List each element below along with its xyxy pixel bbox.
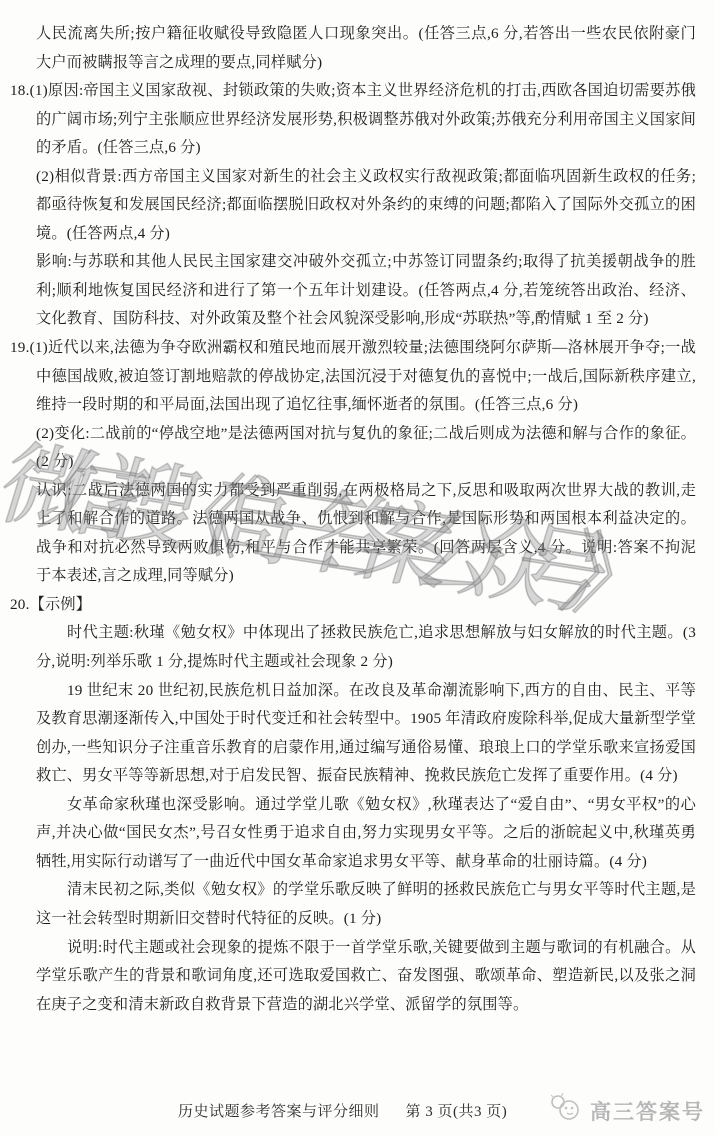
brand-name: 高三答案号 (590, 1096, 705, 1126)
answer-paragraph-q18-impact: 影响:与苏联和其他人民民主国家建交冲破外交孤立;中苏签订同盟条约;取得了抗美援朝… (36, 248, 696, 334)
page-footer: 历史试题参考答案与评分细则第 3 页(共3 页) 高三答案号 (0, 1092, 715, 1132)
answer-paragraph-q18-1: 18.(1)原因:帝国主义国家敌视、封锁政策的失败;资本主义世界经济危机的打击,… (36, 77, 696, 163)
answer-paragraph-q20-body-2: 女革命家秋瑾也深受影响。通过学堂儿歌《勉女权》,秋瑾表达了“爱自由”、“男女平权… (36, 791, 696, 877)
doc-title: 历史试题参考答案与评分细则 (178, 1104, 380, 1120)
answer-paragraph-q20-theme: 时代主题:秋瑾《勉女权》中体现出了拯救民族危亡,追求思想解放与妇女解放的时代主题… (36, 619, 696, 676)
answer-paragraph-q19-understanding: 认识:二战后法德两国的实力都受到严重削弱,在两极格局之下,反思和吸取两次世界大战… (36, 477, 696, 591)
page-number: 第 3 页(共3 页) (406, 1104, 508, 1120)
footer-caption: 历史试题参考答案与评分细则第 3 页(共3 页) (178, 1100, 507, 1121)
answer-paragraph-q19-1: 19.(1)近代以来,法德为争夺欧洲霸权和殖民地而展开激烈较量;法德围绕阿尔萨斯… (36, 334, 696, 420)
answer-paragraph-q20-note: 说明:时代主题或社会现象的提炼不限于一首学堂乐歌,关键要做到主题与歌词的有机融合… (36, 934, 696, 1020)
brand-watermark: 高三答案号 (548, 1092, 705, 1129)
answer-paragraph-q18-2: (2)相似背景:西方帝国主义国家对新生的社会主义政权实行敌视政策;都面临巩固新生… (36, 163, 696, 249)
answer-paragraph-q19-change: (2)变化:二战前的“停战空地”是法德两国对抗与复仇的象征;二战后则成为法德和解… (36, 420, 696, 477)
answer-paragraph-continuation: 人民流离失所;按户籍征收赋役导致隐匿人口现象突出。(任答三点,6 分,若答出一些… (36, 20, 696, 77)
answer-sheet-body: 人民流离失所;按户籍征收赋役导致隐匿人口现象突出。(任答三点,6 分,若答出一些… (36, 20, 696, 1019)
answer-paragraph-q20-heading: 20.【示例】 (36, 591, 696, 620)
answer-paragraph-q20-body-1: 19 世纪末 20 世纪初,民族危机日益加深。在改良及革命潮流影响下,西方的自由… (36, 677, 696, 791)
mascot-doodle-icon (548, 1092, 584, 1129)
answer-paragraph-q20-body-3: 清末民初之际,类似《勉女权》的学堂乐歌反映了鲜明的拯救民族危亡与男女平等时代主题… (36, 876, 696, 933)
